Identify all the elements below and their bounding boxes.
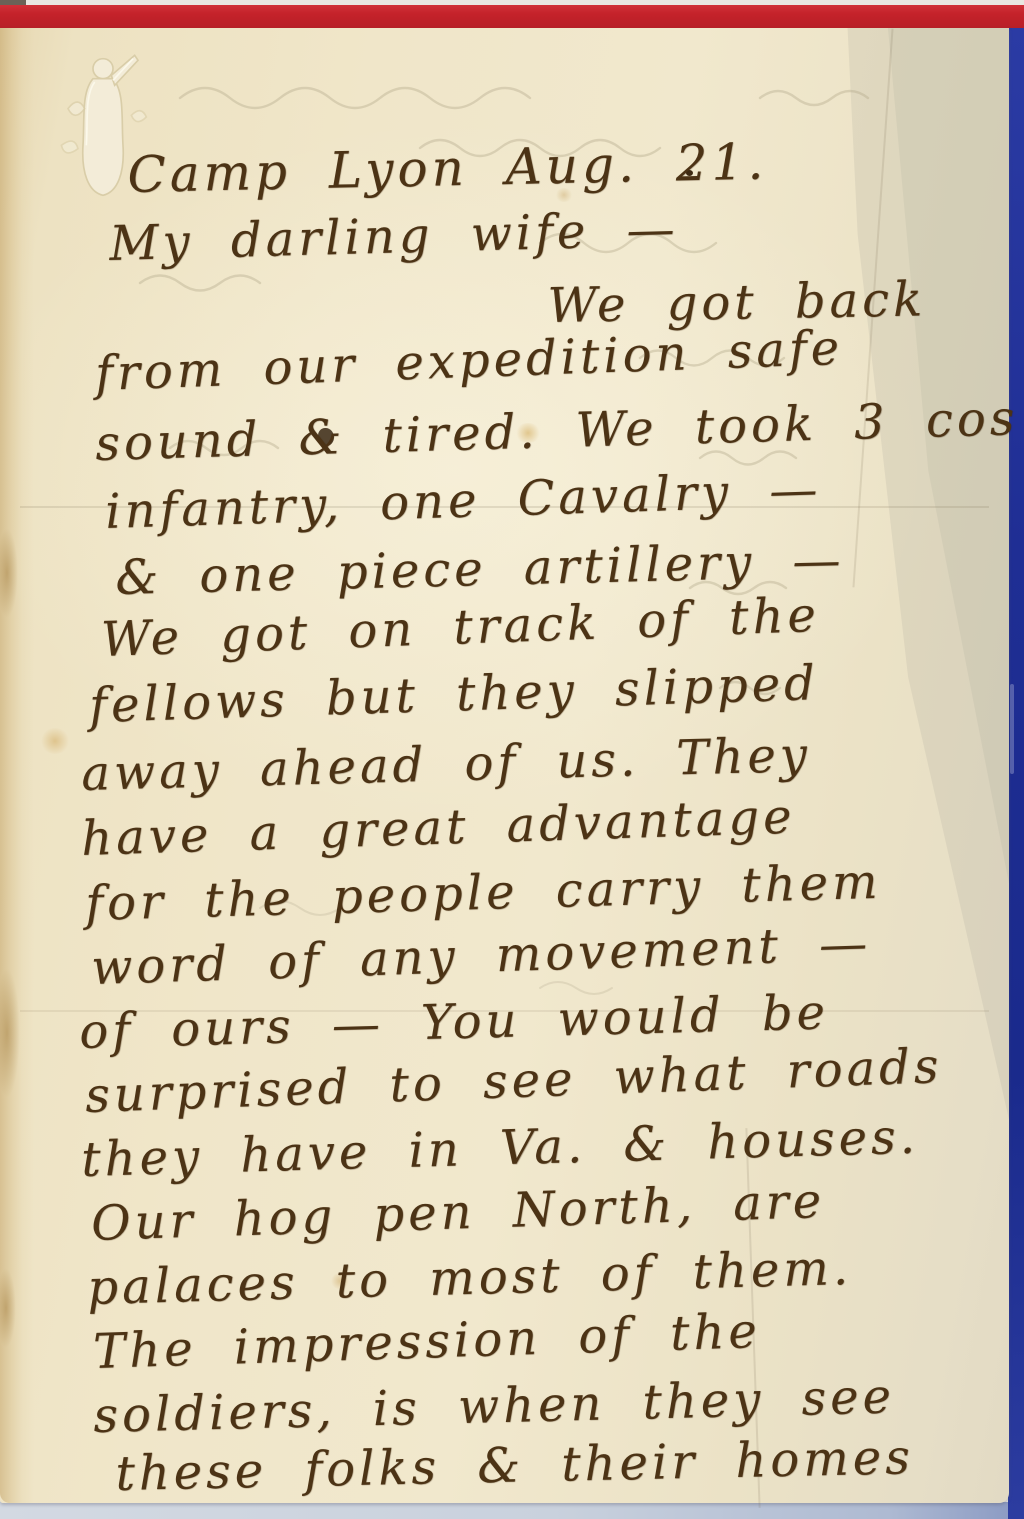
letter-line: We got back [547,275,926,330]
blue-band-highlight [1010,684,1014,774]
album-cover-blue-band [1008,28,1024,1519]
album-spine-red-band [0,5,1024,28]
letter-salutation: My darling wife — [109,205,679,268]
letter-heading: Camp Lyon Aug. 21. [127,137,768,200]
letter-scan: Camp Lyon Aug. 21. My darling wife — We … [0,0,1024,1519]
album-bottom-edge [0,1502,1008,1519]
